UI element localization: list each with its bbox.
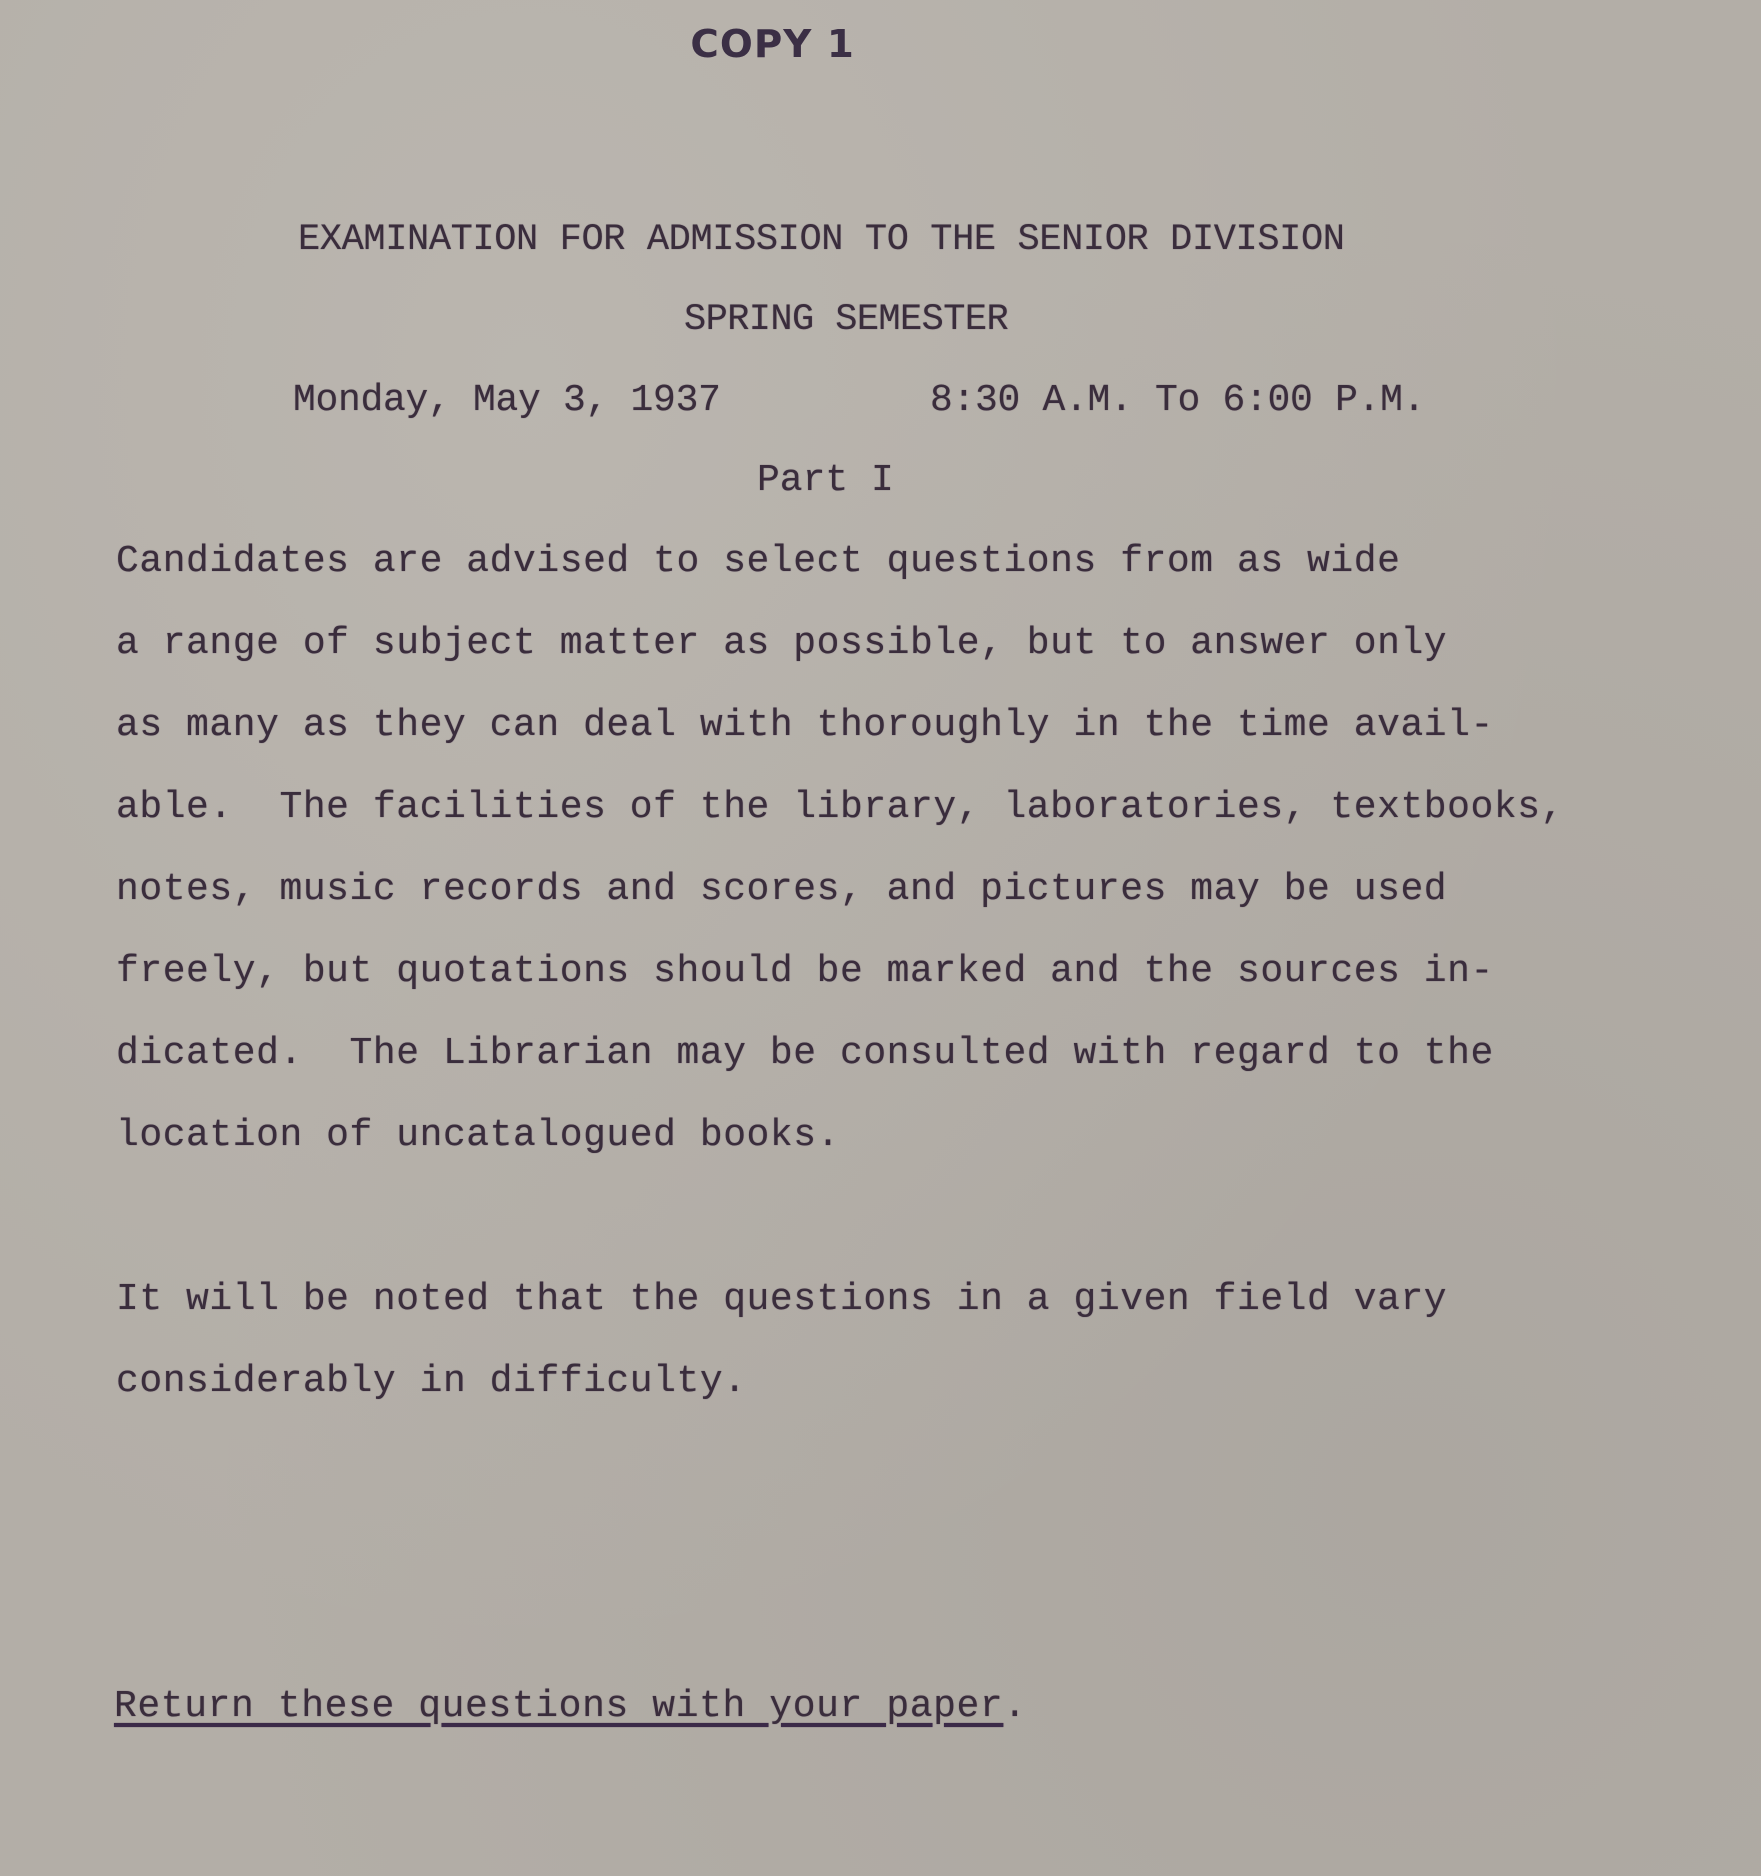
exam-subtitle: SPRING SEMESTER <box>684 302 1008 339</box>
instruction-line: dicated. The Librarian may be consulted … <box>116 1032 1676 1114</box>
difficulty-note-paragraph: It will be noted that the questions in a… <box>116 1278 1676 1442</box>
return-instruction-underlined: Return these questions with your paper <box>114 1685 1003 1728</box>
instruction-line: a range of subject matter as possible, b… <box>116 622 1676 704</box>
note-line: It will be noted that the questions in a… <box>116 1278 1676 1360</box>
instruction-line: Candidates are advised to select questio… <box>116 540 1676 622</box>
return-instruction: Return these questions with your paper. <box>114 1688 1027 1726</box>
exam-document-page: COPY 1 EXAMINATION FOR ADMISSION TO THE … <box>0 0 1761 1876</box>
part-heading: Part I <box>757 462 894 500</box>
instruction-line: as many as they can deal with thoroughly… <box>116 704 1676 786</box>
instruction-line: location of uncatalogued books. <box>116 1114 1676 1196</box>
instruction-line: notes, music records and scores, and pic… <box>116 868 1676 950</box>
exam-date: Monday, May 3, 1937 <box>293 382 721 420</box>
return-instruction-period: . <box>1003 1685 1026 1728</box>
instruction-line: able. The facilities of the library, lab… <box>116 786 1676 868</box>
note-line: considerably in difficulty. <box>116 1360 1676 1442</box>
exam-title: EXAMINATION FOR ADMISSION TO THE SENIOR … <box>298 222 1345 259</box>
exam-time: 8:30 A.M. To 6:00 P.M. <box>930 382 1425 420</box>
instructions-paragraph: Candidates are advised to select questio… <box>116 540 1676 1196</box>
instruction-line: freely, but quotations should be marked … <box>116 950 1676 1032</box>
copy-stamp: COPY 1 <box>690 22 854 66</box>
